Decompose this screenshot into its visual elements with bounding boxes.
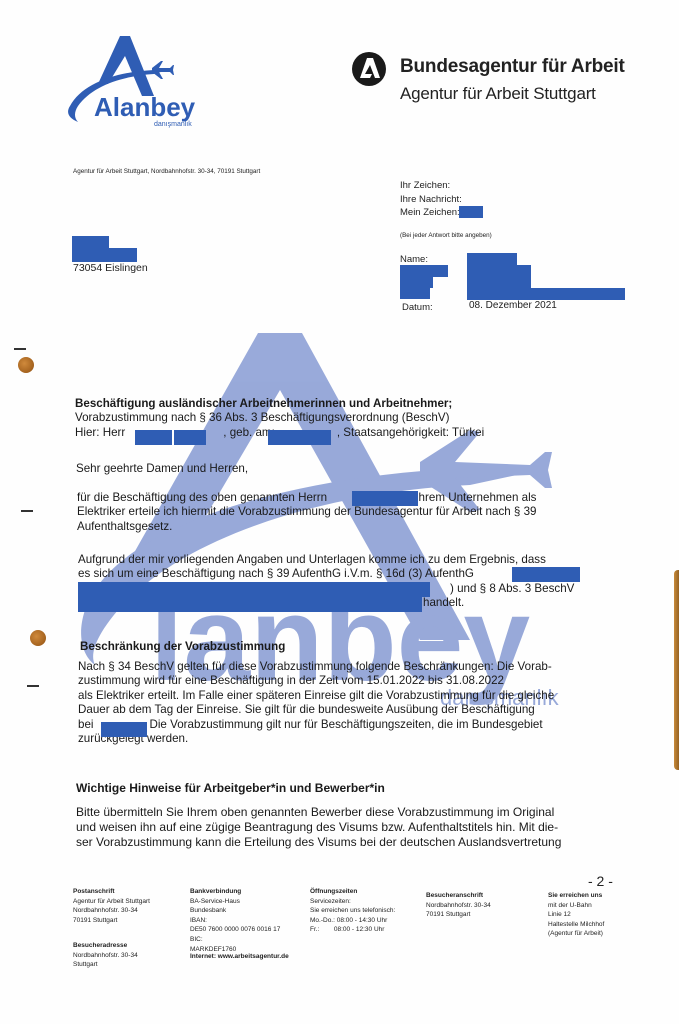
my-reference-label: Mein Zeichen: [400,207,460,218]
footer-internet-link[interactable]: Internet: www.arbeitsagentur.de [190,952,289,962]
name-label: Name: [400,254,428,265]
punch-hole [18,357,34,373]
svg-text:danışmanlık: danışmanlık [154,121,192,128]
agency-title: Bundesagentur für Arbeit [400,56,625,78]
fold-mark [14,348,26,350]
reference-note: (Bei jeder Antwort bitte angeben) [400,232,492,239]
footer-visit-address: Besucheranschrift Nordbahnhofstr. 30-34 … [426,891,491,920]
page-number: - 2 - [588,873,613,889]
alanbey-logo: Alanbey danışmanlık [64,34,214,130]
punch-hole [30,630,46,646]
redaction [78,582,430,597]
subject-heading: Beschäftigung ausländischer Arbeitnehmer… [75,397,635,411]
redaction [174,430,206,445]
redaction [101,722,147,737]
footer-visitor-address: Besucheradresse Nordbahnhofstr. 30-34 St… [73,941,138,970]
recipient-city: 73054 Eislingen [73,262,148,274]
footer-bank-details: Bankverbindung BA-Service-Haus Bundesban… [190,887,289,962]
paragraph-restriction: Nach § 34 BeschV gelten für diese Vorabz… [78,660,638,746]
notes-heading: Wichtige Hinweise für Arbeitgeber*in und… [76,781,385,795]
fold-mark [21,510,33,512]
redaction [400,287,430,299]
redaction [78,596,422,612]
redaction [72,248,137,262]
fold-mark [27,685,39,687]
footer-opening-hours: Öffnungszeiten Servicezeiten: Sie erreic… [310,887,395,935]
redaction [268,430,331,445]
footer-postal-address: Postanschrift Agentur für Arbeit Stuttga… [73,887,150,925]
your-reference-label: Ihr Zeichen: [400,180,450,191]
sender-address-line: Agentur für Arbeit Stuttgart, Nordbahnho… [73,168,260,175]
redaction [467,265,531,289]
agency-subtitle: Agentur für Arbeit Stuttgart [400,84,596,104]
redaction [467,288,625,300]
footer-transit-info: Sie erreichen uns mit der U-Bahn Linie 1… [548,891,604,939]
date-value: 08. Dezember 2021 [469,300,557,311]
paragraph-notes: Bitte übermitteln Sie Ihrem oben genannt… [76,805,636,850]
page-edge-stain [674,570,679,770]
your-message-label: Ihre Nachricht: [400,194,462,205]
redaction [459,206,483,218]
salutation: Sehr geehrte Damen und Herren, [76,462,248,476]
restriction-heading: Beschränkung der Vorabzustimmung [80,640,285,653]
svg-text:Alanbey: Alanbey [94,92,196,122]
date-label: Datum: [402,302,433,313]
subject-line: Vorabzustimmung nach § 36 Abs. 3 Beschäf… [75,411,635,425]
redaction [352,491,418,506]
redaction [135,430,172,445]
bundesagentur-logo-icon [352,52,386,86]
redaction [512,567,580,582]
